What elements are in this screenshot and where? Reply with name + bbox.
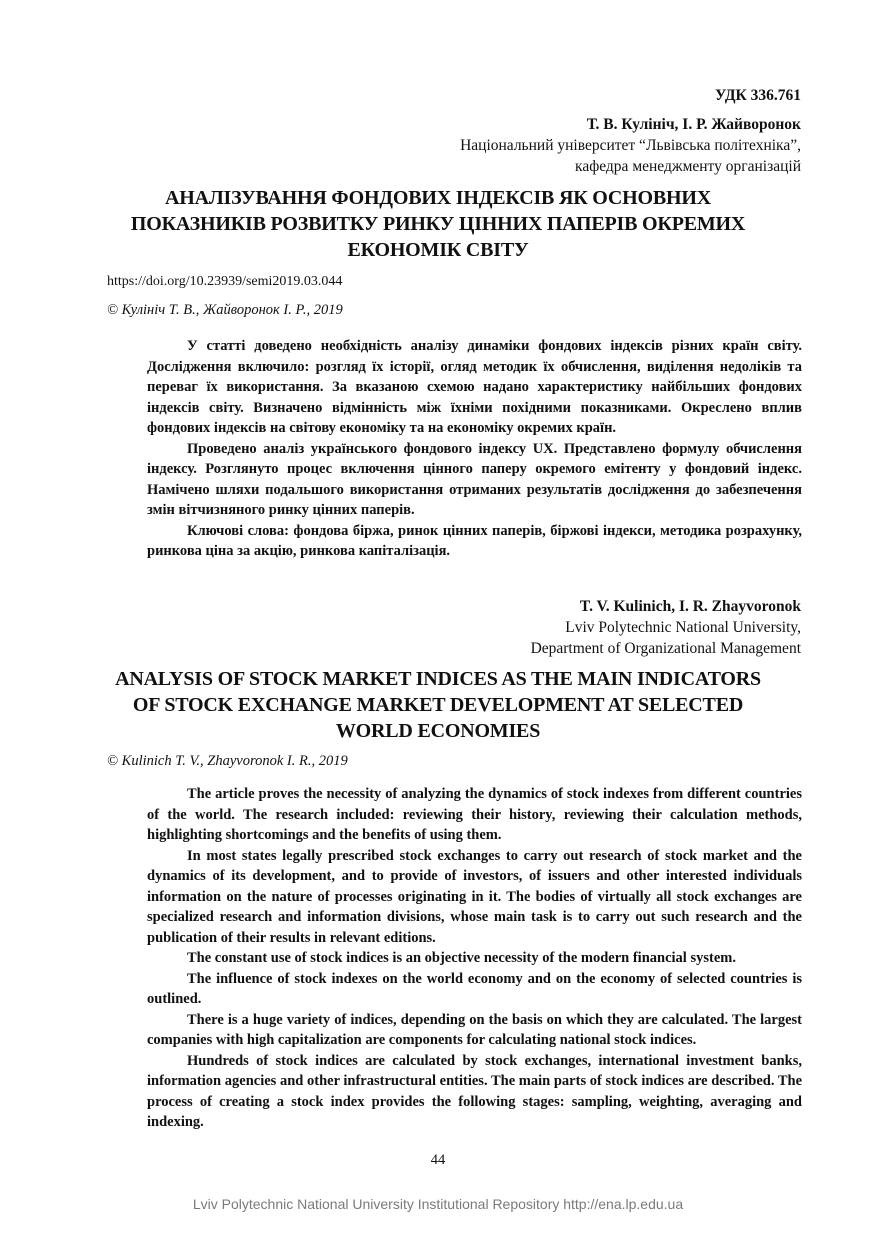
keywords-ua: Ключові слова: фондова біржа, ринок цінн…	[147, 521, 802, 562]
udk-code: УДК 336.761	[715, 87, 801, 105]
copyright-ua: © Кулініч Т. В., Жайворонок І. Р., 2019	[107, 302, 343, 319]
abstract-ua-paragraph: Проведено аналіз українського фондового …	[147, 439, 802, 521]
author-names-ua: Т. В. Кулініч, І. Р. Жайворонок	[301, 114, 801, 135]
affiliation-ua-line2: кафедра менеджменту організацій	[301, 156, 801, 177]
abstract-ua-paragraph: У статті доведено необхідність аналізу д…	[147, 336, 802, 439]
affiliation-en-line1: Lviv Polytechnic National University,	[301, 617, 801, 638]
repository-footer: Lviv Polytechnic National University Ins…	[0, 1196, 876, 1212]
abstract-en-paragraph: The constant use of stock indices is an …	[147, 948, 802, 969]
affiliation-ua-line1: Національний університет “Львівська полі…	[301, 135, 801, 156]
abstract-en-paragraph: Hundreds of stock indices are calculated…	[147, 1051, 802, 1133]
affiliation-en-line2: Department of Organizational Management	[301, 638, 801, 659]
abstract-en-paragraph: The article proves the necessity of anal…	[147, 784, 802, 846]
paper-page: УДК 336.761 Т. В. Кулініч, І. Р. Жайворо…	[0, 0, 876, 1240]
abstract-en-paragraph: There is a huge variety of indices, depe…	[147, 1010, 802, 1051]
abstract-en-paragraph: In most states legally prescribed stock …	[147, 846, 802, 949]
abstract-en: The article proves the necessity of anal…	[147, 784, 802, 1133]
author-names-en: T. V. Kulinich, I. R. Zhayvoronok	[301, 596, 801, 617]
title-en: ANALYSIS OF STOCK MARKET INDICES AS THE …	[100, 666, 776, 744]
abstract-ua: У статті доведено необхідність аналізу д…	[147, 336, 802, 562]
authors-block-ua: Т. В. Кулініч, І. Р. Жайворонок Націонал…	[301, 114, 801, 177]
page-number: 44	[0, 1152, 876, 1169]
title-ua: АНАЛІЗУВАННЯ ФОНДОВИХ ІНДЕКСІВ ЯК ОСНОВН…	[100, 185, 776, 263]
doi-link[interactable]: https://doi.org/10.23939/semi2019.03.044	[107, 274, 342, 290]
copyright-en: © Kulinich T. V., Zhayvoronok I. R., 201…	[107, 753, 348, 770]
abstract-en-paragraph: The influence of stock indexes on the wo…	[147, 969, 802, 1010]
authors-block-en: T. V. Kulinich, I. R. Zhayvoronok Lviv P…	[301, 596, 801, 659]
